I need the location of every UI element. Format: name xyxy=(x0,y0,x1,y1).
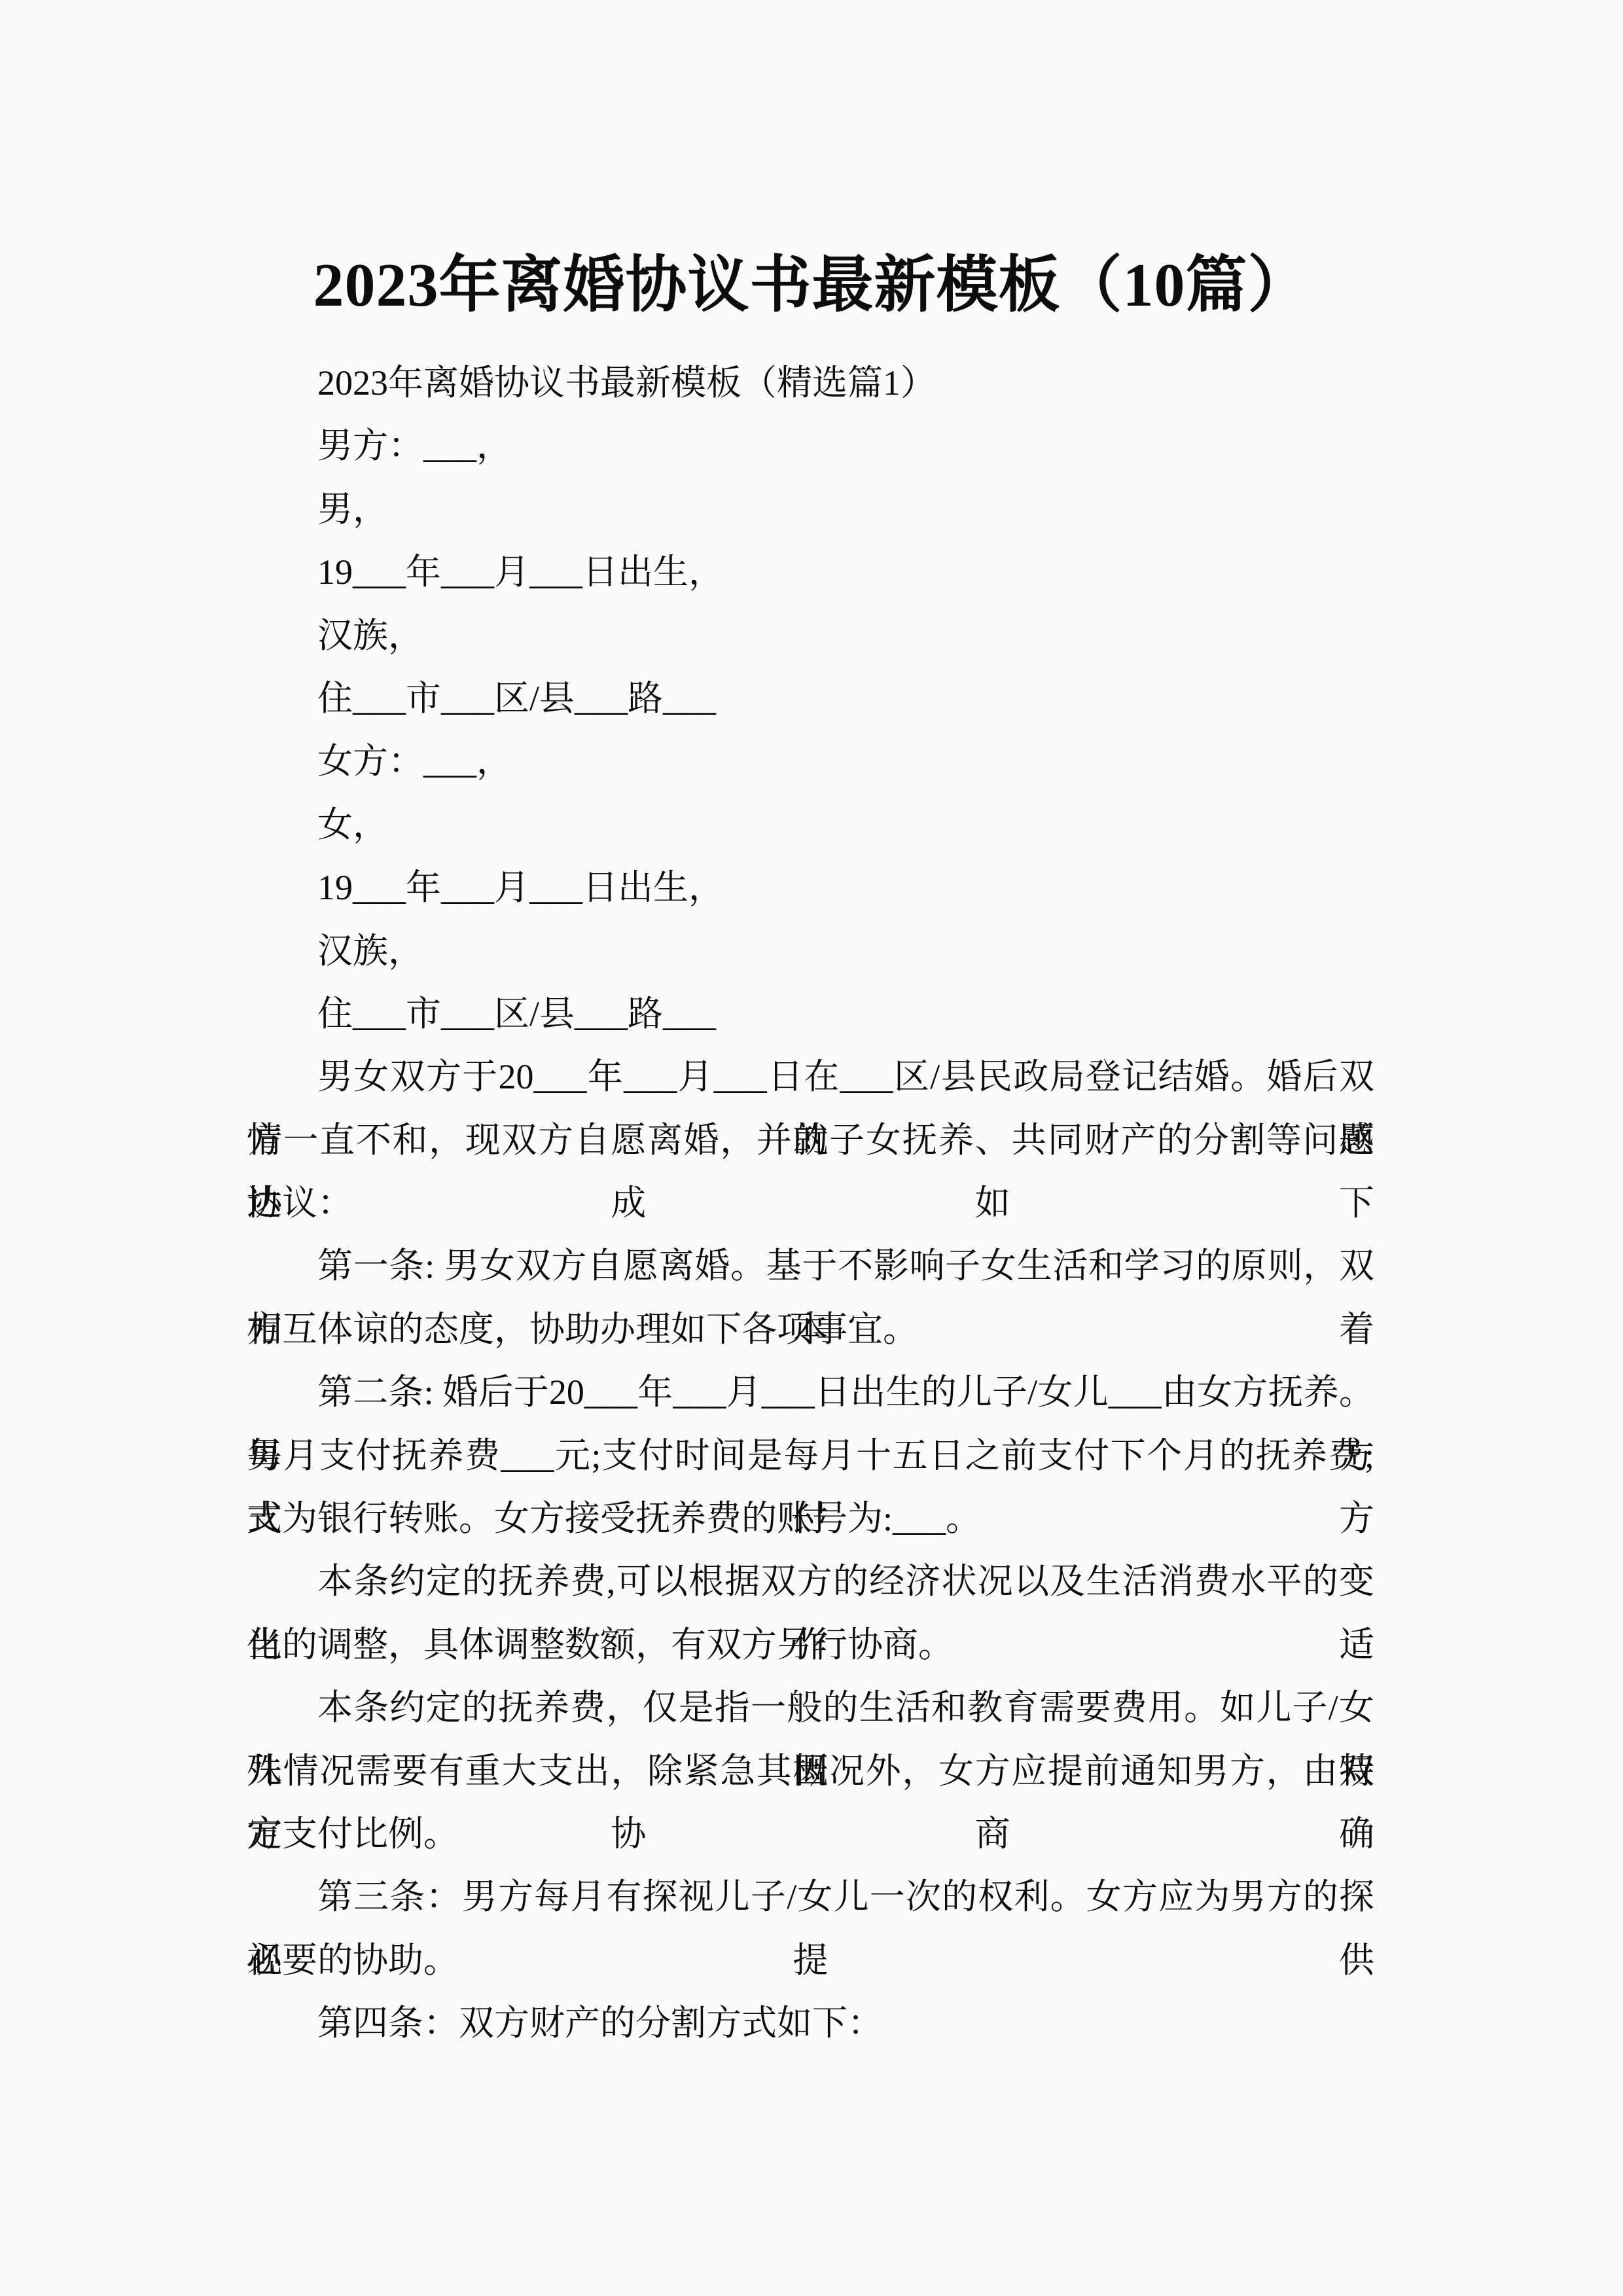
document-line: 男方：___， xyxy=(247,414,1374,477)
document-line: 本条约定的抚养费,可以根据双方的经济状况以及生活消费水平的变化作适 xyxy=(247,1550,1374,1613)
document-line: 第四条：双方财产的分割方式如下： xyxy=(247,1992,1374,2054)
document-line: 殊情况需要有重大支出，除紧急其概况外，女方应提前通知男方，由双方协商确 xyxy=(247,1740,1374,1803)
document-line: 本条约定的抚养费，仅是指一般的生活和教育需要费用。如儿子/女儿因特 xyxy=(247,1676,1374,1739)
document-line: 第一条: 男女双方自愿离婚。基于不影响子女生活和学习的原则，双方本着 xyxy=(247,1234,1374,1297)
document-line: 女方：___， xyxy=(247,730,1374,793)
document-line: 汉族， xyxy=(247,920,1374,982)
document-line: 男女双方于20___年___月___日在___区/县民政局登记结婚。婚后双方的感 xyxy=(247,1045,1374,1108)
document-page: 2023年离婚协议书最新模板（10篇） 2023年离婚协议书最新模板（精选篇1）… xyxy=(0,0,1623,2296)
document-line: 19___年___月___日出生， xyxy=(247,856,1374,919)
document-title: 2023年离婚协议书最新模板（10篇） xyxy=(0,249,1623,321)
document-line: 2023年离婚协议书最新模板（精选篇1） xyxy=(247,351,1374,414)
document-line: 19___年___月___日出生， xyxy=(247,541,1374,603)
document-line: 第三条：男方每月有探视儿子/女儿一次的权利。女方应为男方的探视提供 xyxy=(247,1865,1374,1928)
document-line: 情一直不和，现双方自愿离婚，并就子女抚养、共同财产的分割等问题达成如下 xyxy=(247,1109,1374,1172)
document-line: 住___市___区/县___路___ xyxy=(247,982,1374,1045)
document-line: 汉族， xyxy=(247,604,1374,667)
document-line: 每月支付抚养费___元;支付时间是每月十五日之前支付下个月的抚养费;支付方 xyxy=(247,1424,1374,1487)
document-line: 女， xyxy=(247,793,1374,856)
document-line: 男， xyxy=(247,478,1374,541)
document-line: 第二条: 婚后于20___年___月___日出生的儿子/女儿___由女方抚养。男… xyxy=(247,1361,1374,1424)
document-line: 住___市___区/县___路___ xyxy=(247,667,1374,730)
document-body: 2023年离婚协议书最新模板（精选篇1） 男方：___， 男， 19___年__… xyxy=(247,351,1374,2055)
